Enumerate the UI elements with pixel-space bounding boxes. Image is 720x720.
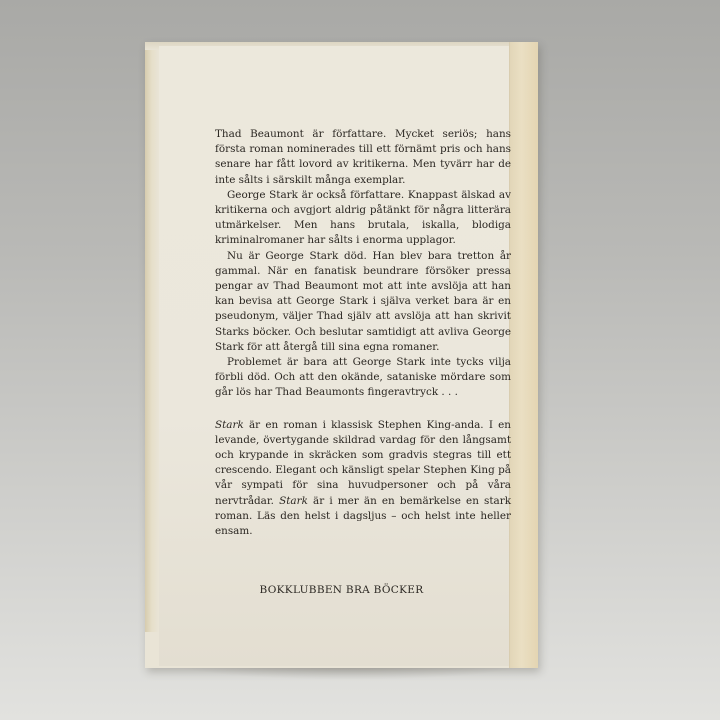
book: Thad Beaumont är författare. Mycket seri… (145, 42, 538, 668)
blurb-paragraph-1: Thad Beaumont är författare. Mycket seri… (215, 127, 511, 188)
blurb-paragraph-2: George Stark är också författare. Knappa… (215, 188, 511, 249)
blurb-text: Thad Beaumont är författare. Mycket seri… (215, 127, 511, 539)
review-title-2: Stark (279, 495, 308, 507)
review-title-1: Stark (215, 419, 244, 431)
book-left-edge (145, 42, 159, 632)
blurb-paragraph-3: Nu är George Stark död. Han blev bara tr… (215, 249, 511, 355)
review-text-1: är en roman i klassisk Stephen King-anda… (215, 419, 511, 507)
blurb-paragraph-4: Problemet är bara att George Stark inte … (215, 355, 511, 401)
book-spine (509, 42, 538, 668)
publisher-name: BOKKLUBBEN BRA BÖCKER (145, 584, 538, 596)
review-paragraph: Stark är en roman i klassisk Stephen Kin… (215, 418, 511, 540)
